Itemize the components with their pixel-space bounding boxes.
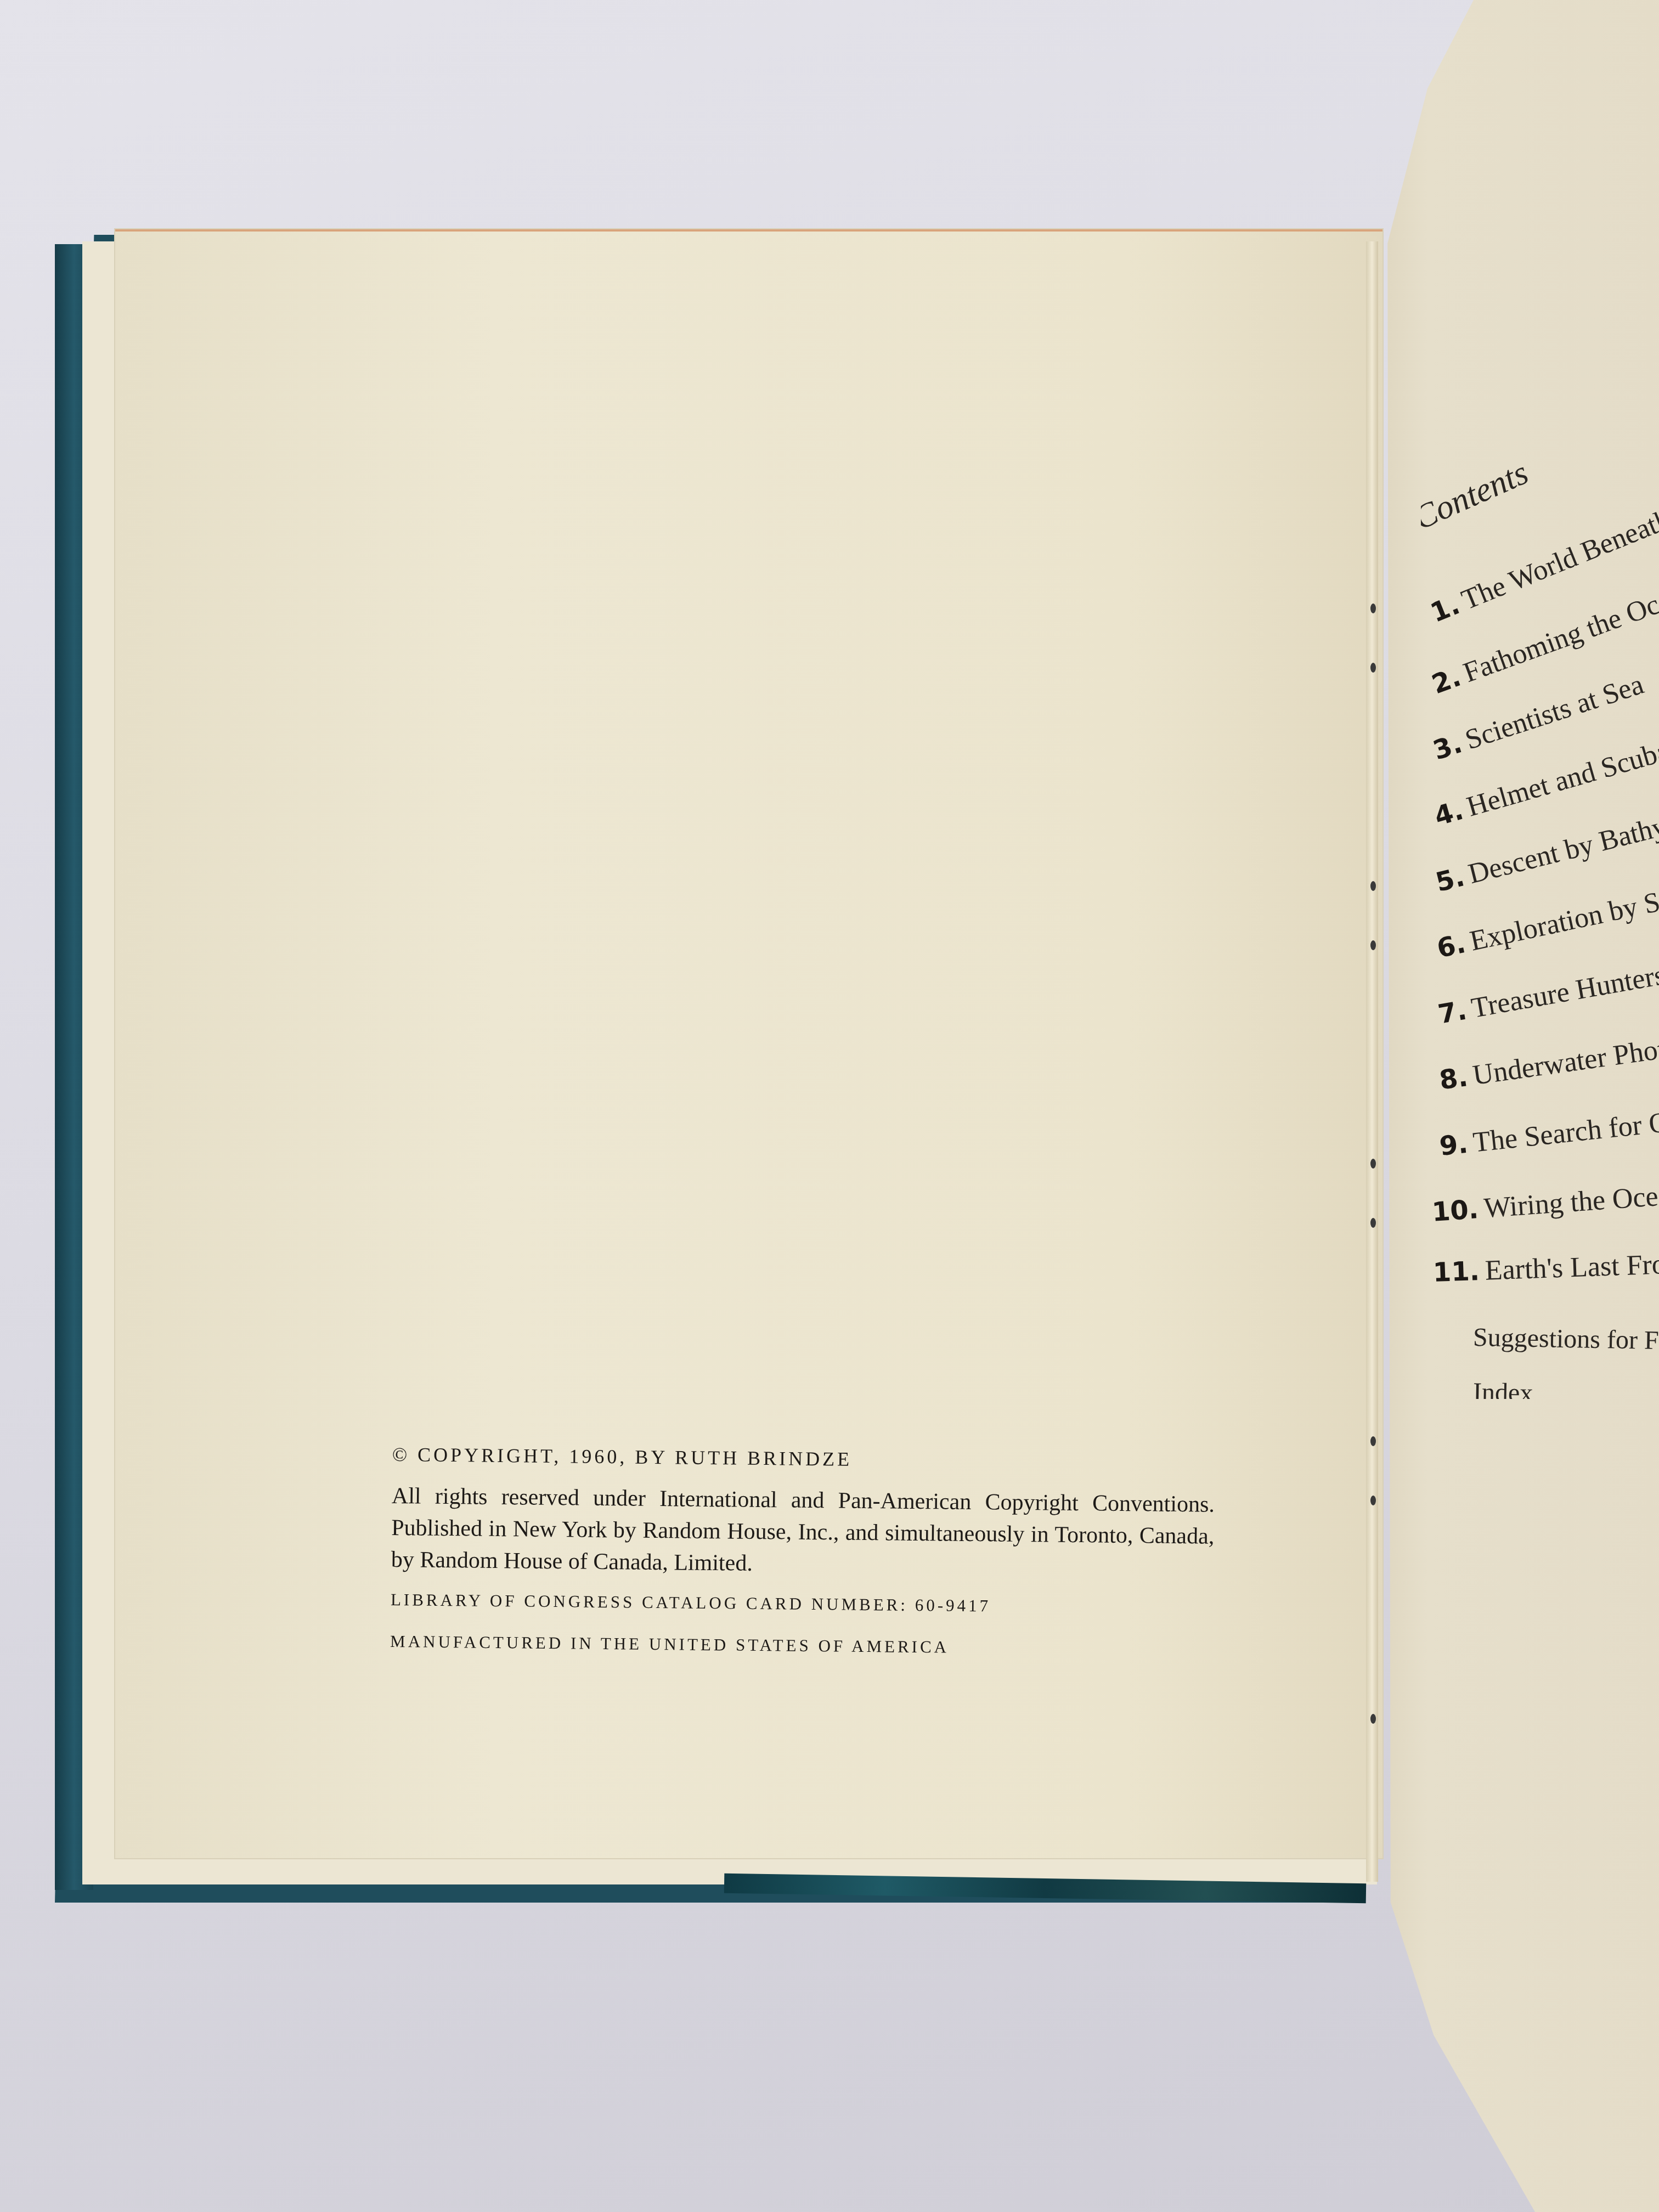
catalog-number-line: LIBRARY OF CONGRESS CATALOG CARD NUMBER:…: [391, 1590, 1246, 1618]
table-of-contents: Contents 1.The World Beneath 2.Fathoming…: [1421, 466, 1659, 1399]
stitch-hole: [1370, 881, 1376, 891]
toc-item: 8.Underwater Photo: [1437, 1031, 1659, 1097]
stitch-hole: [1370, 1218, 1376, 1228]
stitch-hole: [1370, 940, 1376, 950]
toc-item: 11.Earth's Last Fron: [1432, 1248, 1659, 1289]
binding-holes: [1370, 603, 1376, 1724]
toc-item: 7.Treasure Hunters: [1436, 959, 1659, 1031]
manufactured-line: MANUFACTURED IN THE UNITED STATES OF AME…: [390, 1632, 1246, 1660]
stitch-hole: [1370, 1714, 1376, 1724]
stitch-hole: [1370, 1496, 1376, 1505]
toc-item: 10.Wiring the Ocean: [1431, 1178, 1659, 1228]
stitch-hole: [1370, 603, 1376, 613]
stitch-hole: [1370, 663, 1376, 673]
toc-item: 6.Exploration by Sul: [1434, 881, 1659, 964]
toc-extra-suggestions: Suggestions for Fu: [1473, 1322, 1659, 1356]
copyright-block: © COPYRIGHT, 1960, BY RUTH BRINDZE All r…: [390, 1443, 1248, 1682]
toc-item: 9.The Search for Oi: [1438, 1105, 1659, 1163]
stitch-hole: [1370, 1436, 1376, 1446]
contents-title: Contents: [1421, 466, 1534, 538]
rights-paragraph: All rights reserved under International …: [391, 1480, 1215, 1584]
toc-extra-index: Index: [1473, 1377, 1533, 1399]
stitch-hole: [1370, 1159, 1376, 1169]
